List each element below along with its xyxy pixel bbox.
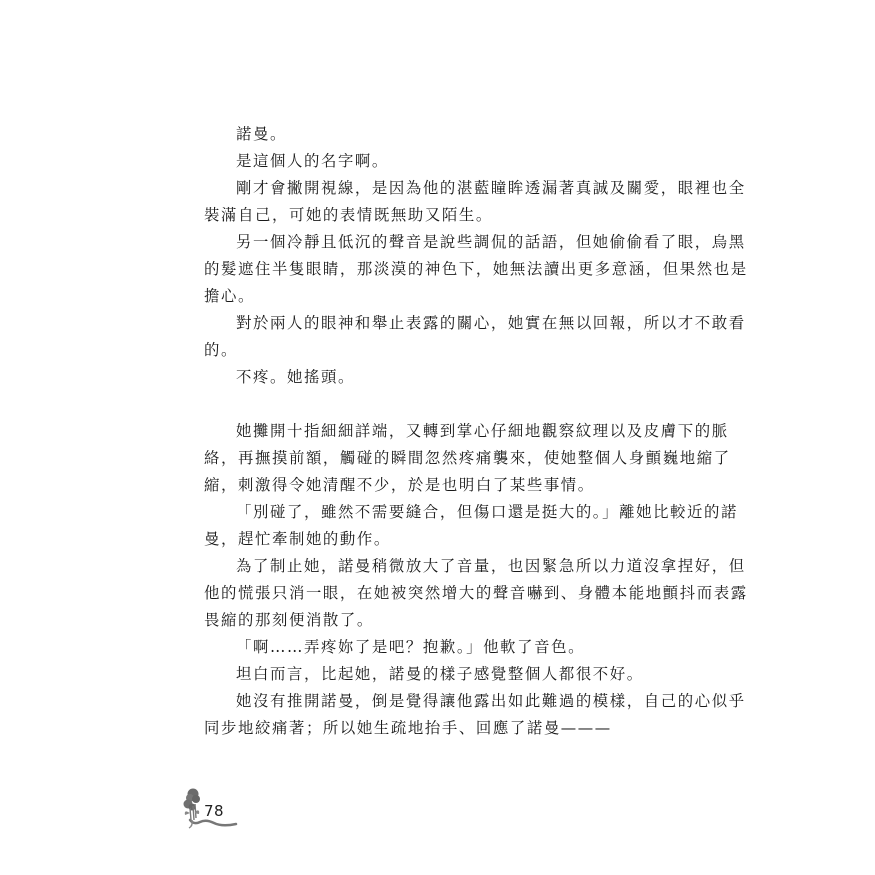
text-line: 的髮遮住半隻眼睛，那淡漠的神色下，她無法讀出更多意涵，但果然也是 xyxy=(204,256,666,283)
text-line: 為了制止她，諾曼稍微放大了音量，也因緊急所以力道沒拿捏好，但 xyxy=(204,553,666,580)
text-line: 坦白而言，比起她，諾曼的樣子感覺整個人都很不好。 xyxy=(204,661,666,688)
text-line: 的。 xyxy=(204,337,666,364)
text-line: 縮，刺激得令她清醒不少，於是也明白了某些事情。 xyxy=(204,472,666,499)
text-line: 不疼。她搖頭。 xyxy=(204,364,666,391)
body-text: 諾曼。 是這個人的名字啊。 剛才會撇開視線，是因為他的湛藍瞳眸透漏著真誠及關愛，… xyxy=(204,121,666,742)
page-footer: 78 xyxy=(180,784,250,832)
text-line: 是這個人的名字啊。 xyxy=(204,148,666,175)
blank-line xyxy=(204,391,666,418)
text-line: 她攤開十指細細詳端，又轉到掌心仔細地觀察紋理以及皮膚下的脈 xyxy=(204,418,666,445)
text-line: 「別碰了，雖然不需要縫合，但傷口還是挺大的。」離她比較近的諾 xyxy=(204,499,666,526)
text-line: 曼，趕忙牽制她的動作。 xyxy=(204,526,666,553)
text-line: 絡，再撫摸前額，觸碰的瞬間忽然疼痛襲來，使她整個人身顫巍地縮了 xyxy=(204,445,666,472)
text-line: 同步地絞痛著；所以她生疏地抬手、回應了諾曼——— xyxy=(204,715,666,742)
text-line: 他的慌張只消一眼，在她被突然增大的聲音嚇到、身體本能地顫抖而表露 xyxy=(204,580,666,607)
text-line: 對於兩人的眼神和舉止表露的關心，她實在無以回報，所以才不敢看 xyxy=(204,310,666,337)
text-line: 裝滿自己，可她的表情既無助又陌生。 xyxy=(204,202,666,229)
text-line: 她沒有推開諾曼，倒是覺得讓他露出如此難過的模樣，自己的心似乎 xyxy=(204,688,666,715)
text-line: 畏縮的那刻便消散了。 xyxy=(204,607,666,634)
page-number: 78 xyxy=(204,802,224,820)
text-line: 「啊……弄疼妳了是吧？抱歉。」他軟了音色。 xyxy=(204,634,666,661)
text-line: 擔心。 xyxy=(204,283,666,310)
text-line: 另一個冷靜且低沉的聲音是說些調侃的話語，但她偷偷看了眼，烏黑 xyxy=(204,229,666,256)
book-page: 諾曼。 是這個人的名字啊。 剛才會撇開視線，是因為他的湛藍瞳眸透漏著真誠及關愛，… xyxy=(0,0,875,875)
text-line: 剛才會撇開視線，是因為他的湛藍瞳眸透漏著真誠及關愛，眼裡也全 xyxy=(204,175,666,202)
text-line: 諾曼。 xyxy=(204,121,666,148)
